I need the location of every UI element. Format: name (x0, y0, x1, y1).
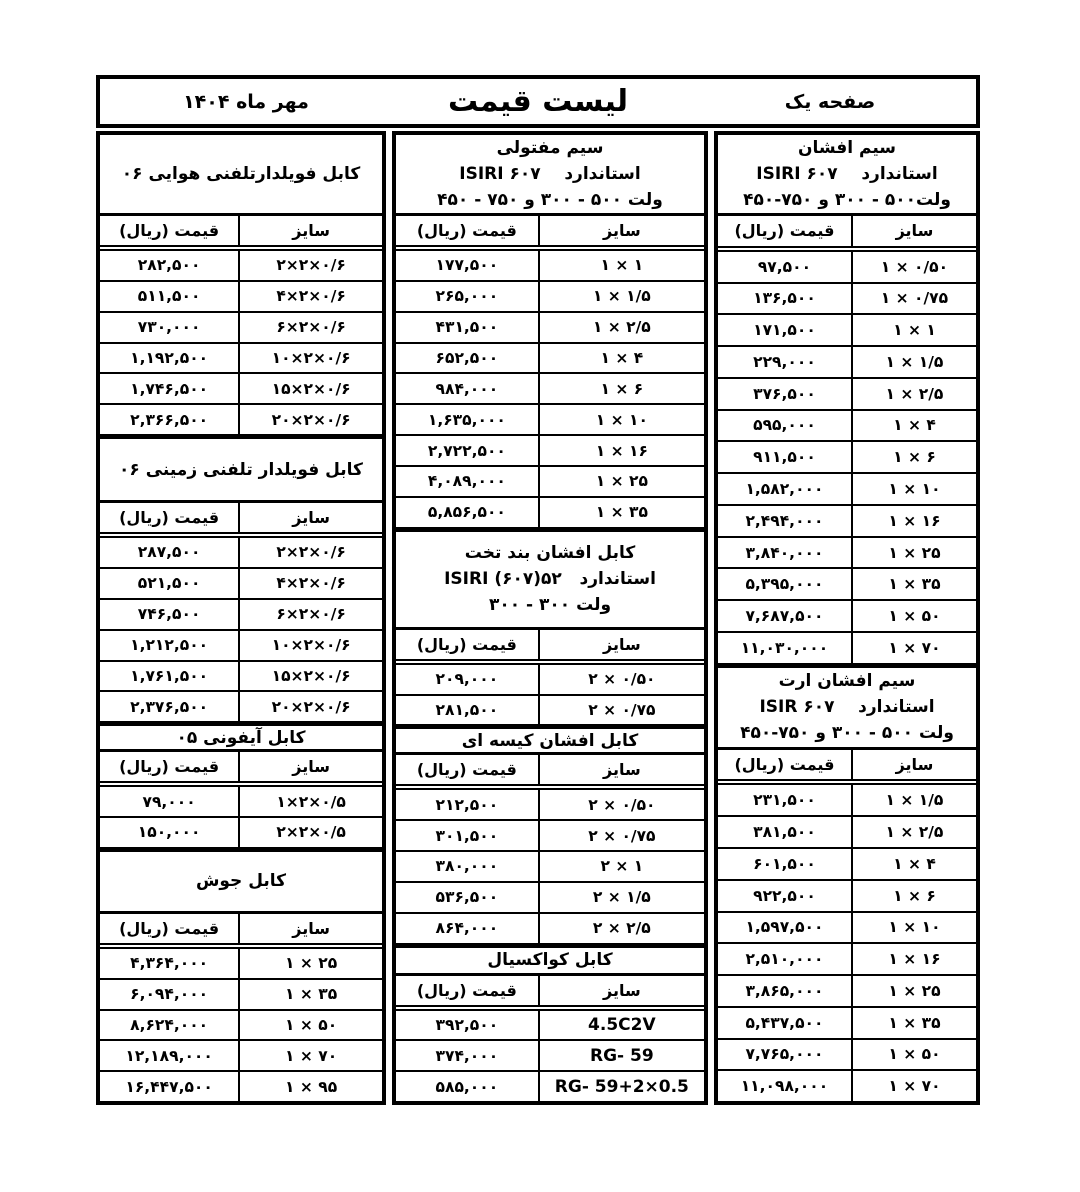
table-row: ۰/۷۵ × ۱۱۳۶,۵۰۰ (718, 284, 976, 316)
section-title-line: ولت۵۰۰ - ۳۰۰ و ۷۵۰-۴۵۰ (743, 187, 951, 213)
size-cell: ۱۰ × ۱ (851, 913, 976, 943)
price-cell: ۱۷۱,۵۰۰ (718, 315, 851, 345)
table-row: ۰/۶×۲×۲۲۸۲,۵۰۰ (100, 251, 382, 282)
table-row: ۱۰ × ۱۱,۵۸۲,۰۰۰ (718, 474, 976, 506)
section-title: کابل فویلدار تلفنی زمینی ۰۶ (100, 436, 382, 503)
table-header-row: سایزقیمت (ریال) (100, 503, 382, 538)
size-cell: ۹۵ × ۱ (238, 1072, 382, 1101)
size-cell: ۱۶ × ۱ (851, 944, 976, 974)
table-row: ۱/۵ × ۱۲۲۹,۰۰۰ (718, 347, 976, 379)
table-row: ۲/۵ × ۱۳۷۶,۵۰۰ (718, 379, 976, 411)
section-title-line: کابل افشان کیسه ای (462, 728, 639, 754)
table-row: ۰/۶×۲×۱۵۱,۷۴۶,۵۰۰ (100, 374, 382, 405)
price-column-header: قیمت (ریال) (396, 755, 538, 784)
table-row: ۰/۵۰ × ۲۲۰۹,۰۰۰ (396, 665, 704, 696)
price-cell: ۱,۷۴۶,۵۰۰ (100, 374, 238, 403)
table-header-row: سایزقیمت (ریال) (718, 216, 976, 252)
size-column-header: سایز (538, 755, 704, 784)
price-column-header: قیمت (ریال) (100, 503, 238, 532)
size-cell: ۲/۵ × ۱ (538, 313, 704, 342)
size-cell: RG- 59+2×0.5 (538, 1072, 704, 1101)
price-cell: ۶۵۲,۵۰۰ (396, 344, 538, 373)
table-row: ۴ × ۱۵۹۵,۰۰۰ (718, 411, 976, 443)
table-row: ۱ × ۱۱۷۷,۵۰۰ (396, 251, 704, 282)
size-cell: ۰/۶×۲×۴ (238, 569, 382, 598)
table-row: ۱ × ۱۱۷۱,۵۰۰ (718, 315, 976, 347)
size-cell: ۰/۵۰ × ۲ (538, 665, 704, 694)
price-cell: ۱,۵۸۲,۰۰۰ (718, 474, 851, 504)
size-cell: ۴ × ۱ (538, 344, 704, 373)
price-cell: ۶,۰۹۴,۰۰۰ (100, 980, 238, 1009)
size-cell: ۰/۶×۲×۲ (238, 251, 382, 280)
section-title-line: ولت ۵۰۰ - ۳۰۰ و ۷۵۰-۴۵۰ (740, 720, 954, 746)
table-row: 4.5C2V۳۹۲,۵۰۰ (396, 1011, 704, 1042)
table-row: ۰/۶×۲×۱۰۱,۲۱۲,۵۰۰ (100, 631, 382, 662)
table-row: ۲۵ × ۱۳,۸۶۵,۰۰۰ (718, 976, 976, 1008)
table-row: ۵۰ × ۱۷,۷۶۵,۰۰۰ (718, 1040, 976, 1072)
table-row: ۲/۵ × ۲۸۶۴,۰۰۰ (396, 914, 704, 945)
table-row: ۷۰ × ۱۱۱,۰۳۰,۰۰۰ (718, 633, 976, 665)
table-header-row: سایزقیمت (ریال) (718, 750, 976, 786)
price-cell: ۱,۱۹۲,۵۰۰ (100, 344, 238, 373)
size-cell: ۰/۶×۲×۶ (238, 600, 382, 629)
size-cell: ۱ × ۱ (538, 251, 704, 280)
section-title: سیم افشاناستاندارد ⁦ISIRI ۶۰۷⁩ولت۵۰۰ - ۳… (718, 135, 976, 216)
table-row: ۰/۵۰ × ۱۹۷,۵۰۰ (718, 252, 976, 284)
price-cell: ۵۸۵,۰۰۰ (396, 1072, 538, 1101)
section-title: سیم افشان ارتاستاندارد ⁦ISIR ۶۰۷⁩ولت ۵۰۰… (718, 665, 976, 750)
size-cell: ۲۵ × ۱ (851, 538, 976, 568)
price-cell: ۲۸۷,۵۰۰ (100, 538, 238, 567)
table-row: ۰/۷۵ × ۲۳۰۱,۵۰۰ (396, 821, 704, 852)
price-cell: ۶۰۱,۵۰۰ (718, 849, 851, 879)
price-cell: ۳۰۱,۵۰۰ (396, 821, 538, 850)
table-row: ۲۵ × ۱۳,۸۴۰,۰۰۰ (718, 538, 976, 570)
size-cell: ۰/۷۵ × ۲ (538, 696, 704, 725)
table-row: ۴ × ۱۶۵۲,۵۰۰ (396, 344, 704, 375)
table-row: ۱/۵ × ۲۵۳۶,۵۰۰ (396, 883, 704, 914)
price-cell: ۲,۳۶۶,۵۰۰ (100, 405, 238, 434)
price-cell: ۷,۷۶۵,۰۰۰ (718, 1040, 851, 1070)
price-cell: ۲۳۱,۵۰۰ (718, 785, 851, 815)
table-row: ۲۵ × ۱۴,۰۸۹,۰۰۰ (396, 467, 704, 498)
table-header-row: سایزقیمت (ریال) (100, 216, 382, 251)
table-row: ۰/۶×۲×۴۵۱۱,۵۰۰ (100, 282, 382, 313)
size-cell: ۰/۵×۲×۱ (238, 787, 382, 816)
table-row: ۲۵ × ۱۴,۳۶۴,۰۰۰ (100, 949, 382, 980)
table-row: ۰/۵۰ × ۲۲۱۲,۵۰۰ (396, 790, 704, 821)
size-cell: ۶ × ۱ (538, 374, 704, 403)
table-row: ۳۵ × ۱۵,۴۳۷,۵۰۰ (718, 1008, 976, 1040)
price-cell: ۲۰۹,۰۰۰ (396, 665, 538, 694)
size-column-header: سایز (851, 750, 976, 780)
table-row: ۶ × ۱۹۱۱,۵۰۰ (718, 442, 976, 474)
size-cell: ۱۶ × ۱ (851, 506, 976, 536)
size-cell: ۶ × ۱ (851, 442, 976, 472)
section-title: کابل افشان بند تختاستاندارد ⁦ISIRI (۶۰۷)… (396, 529, 704, 630)
price-cell: ۱۱,۰۹۸,۰۰۰ (718, 1071, 851, 1101)
size-cell: ۲۵ × ۱ (851, 976, 976, 1006)
price-cell: ۳۹۲,۵۰۰ (396, 1011, 538, 1040)
section-title-line: سیم مفتولی (497, 135, 604, 161)
size-column-header: سایز (851, 216, 976, 246)
table-row: ۹۵ × ۱۱۶,۴۴۷,۵۰۰ (100, 1072, 382, 1101)
size-cell: RG- 59 (538, 1041, 704, 1070)
size-cell: ۰/۷۵ × ۱ (851, 284, 976, 314)
section-title-line: سیم افشان (798, 135, 896, 161)
price-column: کابل فویلدارتلفنی هوایی ۰۶سایزقیمت (ریال… (96, 131, 386, 1105)
table-row: ۰/۵×۲×۲۱۵۰,۰۰۰ (100, 818, 382, 849)
price-cell: ۳۷۶,۵۰۰ (718, 379, 851, 409)
price-column-header: قیمت (ریال) (396, 630, 538, 659)
size-cell: ۳۵ × ۱ (238, 980, 382, 1009)
table-row: ۶ × ۱۹۲۲,۵۰۰ (718, 881, 976, 913)
price-column-header: قیمت (ریال) (100, 216, 238, 245)
price-cell: ۱۷۷,۵۰۰ (396, 251, 538, 280)
section-title-line: سیم افشان ارت (779, 668, 916, 694)
price-cell: ۲۸۱,۵۰۰ (396, 696, 538, 725)
price-column: سیم افشاناستاندارد ⁦ISIRI ۶۰۷⁩ولت۵۰۰ - ۳… (714, 131, 980, 1105)
section-title-line: استاندارد ⁦ISIRI ۶۰۷⁩ (756, 161, 937, 187)
price-cell: ۷,۶۸۷,۵۰۰ (718, 601, 851, 631)
price-cell: ۱,۶۳۵,۰۰۰ (396, 405, 538, 434)
price-cell: ۱۶,۴۴۷,۵۰۰ (100, 1072, 238, 1101)
price-column-header: قیمت (ریال) (396, 216, 538, 245)
table-row: ۰/۶×۲×۱۰۱,۱۹۲,۵۰۰ (100, 344, 382, 375)
table-header-row: سایزقیمت (ریال) (396, 216, 704, 251)
table-row: ۱/۵ × ۱۲۶۵,۰۰۰ (396, 282, 704, 313)
size-cell: ۰/۷۵ × ۲ (538, 821, 704, 850)
size-column-header: سایز (238, 752, 382, 781)
size-cell: ۲/۵ × ۱ (851, 817, 976, 847)
price-cell: ۲۲۹,۰۰۰ (718, 347, 851, 377)
price-cell: ۹۲۲,۵۰۰ (718, 881, 851, 911)
size-cell: ۴ × ۱ (851, 411, 976, 441)
price-cell: ۳,۸۶۵,۰۰۰ (718, 976, 851, 1006)
size-cell: ۲/۵ × ۲ (538, 914, 704, 943)
table-row: ۳۵ × ۱۵,۳۹۵,۰۰۰ (718, 569, 976, 601)
table-row: ۰/۶×۲×۱۵۱,۷۶۱,۵۰۰ (100, 662, 382, 693)
doc-title: لیست قیمت (392, 87, 684, 117)
size-cell: ۰/۶×۲×۱۰ (238, 631, 382, 660)
price-cell: ۳۷۴,۰۰۰ (396, 1041, 538, 1070)
table-row: ۱۶ × ۱۲,۴۹۴,۰۰۰ (718, 506, 976, 538)
table-row: ۶ × ۱۹۸۴,۰۰۰ (396, 374, 704, 405)
section-title-line: استاندارد ⁦ISIRI ۶۰۷⁩ (459, 161, 640, 187)
section-title: کابل جوش (100, 849, 382, 914)
table-row: ۵۰ × ۱۸,۶۲۴,۰۰۰ (100, 1011, 382, 1042)
table-row: ۰/۶×۲×۲۲۸۷,۵۰۰ (100, 538, 382, 569)
size-cell: ۱۰ × ۱ (851, 474, 976, 504)
size-column-header: سایز (538, 976, 704, 1005)
table-row: ۱۶ × ۱۲,۷۲۲,۵۰۰ (396, 436, 704, 467)
size-cell: 4.5C2V (538, 1011, 704, 1040)
table-row: ۷۰ × ۱۱۱,۰۹۸,۰۰۰ (718, 1071, 976, 1101)
table-row: ۷۰ × ۱۱۲,۱۸۹,۰۰۰ (100, 1041, 382, 1072)
price-cell: ۴,۰۸۹,۰۰۰ (396, 467, 538, 496)
table-row: ۲/۵ × ۱۳۸۱,۵۰۰ (718, 817, 976, 849)
price-cell: ۴۳۱,۵۰۰ (396, 313, 538, 342)
date-label: مهر ماه ۱۴۰۴ (100, 91, 392, 113)
size-cell: ۳۵ × ۱ (851, 1008, 976, 1038)
table-row: ۱۶ × ۱۲,۵۱۰,۰۰۰ (718, 944, 976, 976)
size-cell: ۰/۶×۲×۲۰ (238, 405, 382, 434)
size-cell: ۰/۵۰ × ۲ (538, 790, 704, 819)
section-title: کابل آیفونی ۰۵ (100, 723, 382, 752)
price-cell: ۵,۴۳۷,۵۰۰ (718, 1008, 851, 1038)
table-row: ۳۵ × ۱۶,۰۹۴,۰۰۰ (100, 980, 382, 1011)
section-title-line: کابل جوش (196, 868, 286, 894)
price-cell: ۷۴۶,۵۰۰ (100, 600, 238, 629)
price-cell: ۸,۶۲۴,۰۰۰ (100, 1011, 238, 1040)
size-cell: ۵۰ × ۱ (851, 601, 976, 631)
price-cell: ۵۱۱,۵۰۰ (100, 282, 238, 311)
price-column: سیم مفتولیاستاندارد ⁦ISIRI ۶۰۷⁩ولت ۵۰۰ -… (392, 131, 708, 1105)
size-cell: ۲۵ × ۱ (538, 467, 704, 496)
price-column-header: قیمت (ریال) (100, 914, 238, 943)
section-title: کابل فویلدارتلفنی هوایی ۰۶ (100, 135, 382, 216)
price-cell: ۹۷,۵۰۰ (718, 252, 851, 282)
size-column-header: سایز (238, 216, 382, 245)
section-title-line: استاندارد ⁦ISIRI (۶۰۷)۵۲⁩ (444, 566, 656, 592)
price-cell: ۳,۸۴۰,۰۰۰ (718, 538, 851, 568)
table-header-row: سایزقیمت (ریال) (396, 976, 704, 1011)
table-row: ۱۰ × ۱۱,۶۳۵,۰۰۰ (396, 405, 704, 436)
table-row: ۰/۶×۲×۶۷۴۶,۵۰۰ (100, 600, 382, 631)
table-row: ۰/۶×۲×۲۰۲,۳۷۶,۵۰۰ (100, 692, 382, 723)
table-row: RG- 59۳۷۴,۰۰۰ (396, 1041, 704, 1072)
page-label: صفحه یک (684, 91, 976, 113)
size-cell: ۰/۶×۲×۲۰ (238, 692, 382, 721)
price-column-header: قیمت (ریال) (396, 976, 538, 1005)
table-header-row: سایزقیمت (ریال) (396, 755, 704, 790)
section-title: کابل افشان کیسه ای (396, 726, 704, 755)
size-column-header: سایز (538, 630, 704, 659)
table-header-row: سایزقیمت (ریال) (100, 752, 382, 787)
size-cell: ۱/۵ × ۱ (538, 282, 704, 311)
price-cell: ۲,۵۱۰,۰۰۰ (718, 944, 851, 974)
price-cell: ۵,۸۵۶,۵۰۰ (396, 498, 538, 527)
table-row: ۰/۷۵ × ۲۲۸۱,۵۰۰ (396, 696, 704, 727)
price-cell: ۵۹۵,۰۰۰ (718, 411, 851, 441)
size-cell: ۱ × ۱ (851, 315, 976, 345)
price-cell: ۵,۳۹۵,۰۰۰ (718, 569, 851, 599)
table-row: ۵۰ × ۱۷,۶۸۷,۵۰۰ (718, 601, 976, 633)
price-cell: ۷۳۰,۰۰۰ (100, 313, 238, 342)
section-title: سیم مفتولیاستاندارد ⁦ISIRI ۶۰۷⁩ولت ۵۰۰ -… (396, 135, 704, 216)
size-column-header: سایز (538, 216, 704, 245)
section-title-line: استاندارد ⁦ISIR ۶۰۷⁩ (759, 694, 934, 720)
section-title-line: ولت ۵۰۰ - ۳۰۰ و ۷۵۰ - ۴۵۰ (437, 187, 663, 213)
size-cell: ۷۰ × ۱ (238, 1041, 382, 1070)
table-row: RG- 59+2×0.5۵۸۵,۰۰۰ (396, 1072, 704, 1101)
size-cell: ۵۰ × ۱ (238, 1011, 382, 1040)
price-cell: ۲۸۲,۵۰۰ (100, 251, 238, 280)
price-cell: ۹۱۱,۵۰۰ (718, 442, 851, 472)
table-row: ۲/۵ × ۱۴۳۱,۵۰۰ (396, 313, 704, 344)
table-row: ۰/۶×۲×۲۰۲,۳۶۶,۵۰۰ (100, 405, 382, 436)
size-cell: ۱/۵ × ۱ (851, 785, 976, 815)
size-cell: ۱۰ × ۱ (538, 405, 704, 434)
table-header-row: سایزقیمت (ریال) (100, 914, 382, 949)
table-row: ۰/۵×۲×۱۷۹,۰۰۰ (100, 787, 382, 818)
size-cell: ۱ × ۲ (538, 852, 704, 881)
price-cell: ۲,۷۲۲,۵۰۰ (396, 436, 538, 465)
columns: سیم افشاناستاندارد ⁦ISIRI ۶۰۷⁩ولت۵۰۰ - ۳… (96, 131, 980, 1105)
price-cell: ۱۵۰,۰۰۰ (100, 818, 238, 847)
section-title-line: کابل فویلدارتلفنی هوایی ۰۶ (122, 161, 360, 187)
price-cell: ۲,۴۹۴,۰۰۰ (718, 506, 851, 536)
price-cell: ۳۸۱,۵۰۰ (718, 817, 851, 847)
section-title-line: کابل کواکسیال (487, 947, 612, 973)
table-row: ۳۵ × ۱۵,۸۵۶,۵۰۰ (396, 498, 704, 529)
price-list-document: صفحه یک لیست قیمت مهر ماه ۱۴۰۴ سیم افشان… (96, 75, 980, 1105)
size-cell: ۵۰ × ۱ (851, 1040, 976, 1070)
price-cell: ۱۳۶,۵۰۰ (718, 284, 851, 314)
section-title-line: کابل فویلدار تلفنی زمینی ۰۶ (119, 457, 363, 483)
table-row: ۰/۶×۲×۴۵۲۱,۵۰۰ (100, 569, 382, 600)
size-cell: ۰/۶×۲×۴ (238, 282, 382, 311)
size-cell: ۷۰ × ۱ (851, 1071, 976, 1101)
price-cell: ۲۶۵,۰۰۰ (396, 282, 538, 311)
price-cell: ۲۱۲,۵۰۰ (396, 790, 538, 819)
size-cell: ۰/۵×۲×۲ (238, 818, 382, 847)
section-title-line: ولت ۳۰۰ - ۳۰۰ (489, 592, 611, 618)
table-row: ۱ × ۲۳۸۰,۰۰۰ (396, 852, 704, 883)
price-cell: ۱,۷۶۱,۵۰۰ (100, 662, 238, 691)
size-cell: ۱/۵ × ۲ (538, 883, 704, 912)
table-row: ۱۰ × ۱۱,۵۹۷,۵۰۰ (718, 913, 976, 945)
size-cell: ۶ × ۱ (851, 881, 976, 911)
table-row: ۱/۵ × ۱۲۳۱,۵۰۰ (718, 785, 976, 817)
price-column-header: قیمت (ریال) (718, 750, 851, 780)
size-cell: ۱۶ × ۱ (538, 436, 704, 465)
section-title: کابل کواکسیال (396, 945, 704, 976)
table-row: ۴ × ۱۶۰۱,۵۰۰ (718, 849, 976, 881)
price-cell: ۵۲۱,۵۰۰ (100, 569, 238, 598)
size-cell: ۰/۶×۲×۶ (238, 313, 382, 342)
size-cell: ۳۵ × ۱ (851, 569, 976, 599)
price-cell: ۱۲,۱۸۹,۰۰۰ (100, 1041, 238, 1070)
size-cell: ۰/۶×۲×۱۵ (238, 662, 382, 691)
document-header: صفحه یک لیست قیمت مهر ماه ۱۴۰۴ (96, 75, 980, 128)
price-cell: ۲,۳۷۶,۵۰۰ (100, 692, 238, 721)
size-cell: ۷۰ × ۱ (851, 633, 976, 663)
table-header-row: سایزقیمت (ریال) (396, 630, 704, 665)
price-cell: ۸۶۴,۰۰۰ (396, 914, 538, 943)
price-cell: ۱,۵۹۷,۵۰۰ (718, 913, 851, 943)
size-cell: ۰/۶×۲×۱۵ (238, 374, 382, 403)
price-cell: ۱,۲۱۲,۵۰۰ (100, 631, 238, 660)
size-cell: ۲۵ × ۱ (238, 949, 382, 978)
size-cell: ۰/۵۰ × ۱ (851, 252, 976, 282)
size-column-header: سایز (238, 914, 382, 943)
size-cell: ۰/۶×۲×۱۰ (238, 344, 382, 373)
price-column-header: قیمت (ریال) (100, 752, 238, 781)
price-cell: ۹۸۴,۰۰۰ (396, 374, 538, 403)
size-cell: ۰/۶×۲×۲ (238, 538, 382, 567)
size-cell: ۳۵ × ۱ (538, 498, 704, 527)
price-cell: ۵۳۶,۵۰۰ (396, 883, 538, 912)
price-cell: ۴,۳۶۴,۰۰۰ (100, 949, 238, 978)
price-column-header: قیمت (ریال) (718, 216, 851, 246)
size-cell: ۱/۵ × ۱ (851, 347, 976, 377)
size-cell: ۴ × ۱ (851, 849, 976, 879)
price-cell: ۷۹,۰۰۰ (100, 787, 238, 816)
table-row: ۰/۶×۲×۶۷۳۰,۰۰۰ (100, 313, 382, 344)
size-cell: ۲/۵ × ۱ (851, 379, 976, 409)
price-cell: ۳۸۰,۰۰۰ (396, 852, 538, 881)
price-cell: ۱۱,۰۳۰,۰۰۰ (718, 633, 851, 663)
section-title-line: کابل افشان بند تخت (465, 540, 636, 566)
size-column-header: سایز (238, 503, 382, 532)
section-title-line: کابل آیفونی ۰۵ (176, 725, 305, 751)
